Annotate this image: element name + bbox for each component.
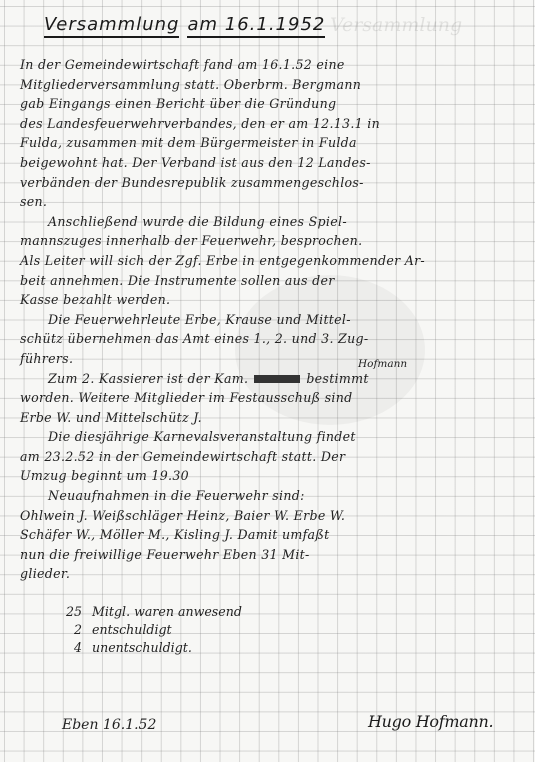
text-line: des Landesfeuerwehrverbandes, den er am … bbox=[20, 114, 520, 134]
text-line: am 23.2.52 in der Gemeindewirtschaft sta… bbox=[20, 447, 520, 467]
text-line: beit annehmen. Die Instrumente sollen au… bbox=[20, 271, 520, 291]
text-line: Kasse bezahlt werden. bbox=[20, 290, 520, 310]
insertion-note: Hofmann bbox=[358, 358, 407, 370]
attendance-row: 25Mitgl. waren anwesend bbox=[62, 603, 242, 621]
signature: Hugo Hofmann. bbox=[368, 712, 493, 731]
text-fragment: Zum 2. Kassierer ist der Kam. bbox=[48, 371, 248, 386]
text-line: Umzug beginnt um 19.30 bbox=[20, 466, 520, 486]
text-line: Zum 2. Kassierer ist der Kam.bestimmt bbox=[20, 369, 520, 389]
text-line: Anschließend wurde die Bildung eines Spi… bbox=[20, 212, 520, 232]
page-title: Versammlungam 16.1.1952 bbox=[44, 14, 325, 35]
text-line: Als Leiter will sich der Zgf. Erbe in en… bbox=[20, 251, 520, 271]
attendance-list: 25Mitgl. waren anwesend 2entschuldigt 4u… bbox=[62, 603, 242, 657]
text-line: worden. Weitere Mitglieder im Festaussch… bbox=[20, 388, 520, 408]
text-line: Neuaufnahmen in die Feuerwehr sind: bbox=[20, 486, 520, 506]
bleed-through-text: Versammlung bbox=[330, 14, 462, 36]
text-line: nun die freiwillige Feuerwehr Eben 31 Mi… bbox=[20, 545, 520, 565]
attendance-count: 25 bbox=[62, 603, 82, 621]
attendance-label: entschuldigt bbox=[92, 622, 172, 637]
text-line: beigewohnt hat. Der Verband ist aus den … bbox=[20, 153, 520, 173]
attendance-label: Mitgl. waren anwesend bbox=[92, 604, 242, 619]
minutes-body: In der Gemeindewirtschaft fand am 16.1.5… bbox=[20, 55, 520, 584]
text-line: gab Eingangs einen Bericht über die Grün… bbox=[20, 94, 520, 114]
text-line: führers. bbox=[20, 349, 520, 369]
attendance-label: unentschuldigt. bbox=[92, 640, 192, 655]
text-line: Schäfer W., Möller M., Kisling J. Damit … bbox=[20, 525, 520, 545]
attendance-count: 2 bbox=[62, 621, 82, 639]
text-line: schütz übernehmen das Amt eines 1., 2. u… bbox=[20, 329, 520, 349]
text-line: Die diesjährige Karnevalsveranstaltung f… bbox=[20, 427, 520, 447]
attendance-row: 4unentschuldigt. bbox=[62, 639, 242, 657]
text-line: Die Feuerwehrleute Erbe, Krause und Mitt… bbox=[20, 310, 520, 330]
text-line: Mitgliederversammlung statt. Oberbrm. Be… bbox=[20, 75, 520, 95]
text-line: In der Gemeindewirtschaft fand am 16.1.5… bbox=[20, 55, 520, 75]
attendance-count: 4 bbox=[62, 639, 82, 657]
text-line: Fulda, zusammen mit dem Bürgermeister in… bbox=[20, 133, 520, 153]
crossed-out-word bbox=[254, 375, 300, 383]
title-word-1: Versammlung bbox=[44, 14, 179, 38]
text-line: Erbe W. und Mittelschütz J. bbox=[20, 408, 520, 428]
text-line: verbänden der Bundesrepublik zusammenges… bbox=[20, 173, 520, 193]
attendance-row: 2entschuldigt bbox=[62, 621, 242, 639]
text-fragment: bestimmt bbox=[306, 371, 368, 386]
title-date: am 16.1.1952 bbox=[187, 14, 325, 38]
text-line: sen. bbox=[20, 192, 520, 212]
text-line: glieder. bbox=[20, 564, 520, 584]
text-line: Ohlwein J. Weißschläger Heinz, Baier W. … bbox=[20, 506, 520, 526]
place-and-date: Eben 16.1.52 bbox=[62, 717, 156, 733]
text-line: mannszuges innerhalb der Feuerwehr, besp… bbox=[20, 231, 520, 251]
